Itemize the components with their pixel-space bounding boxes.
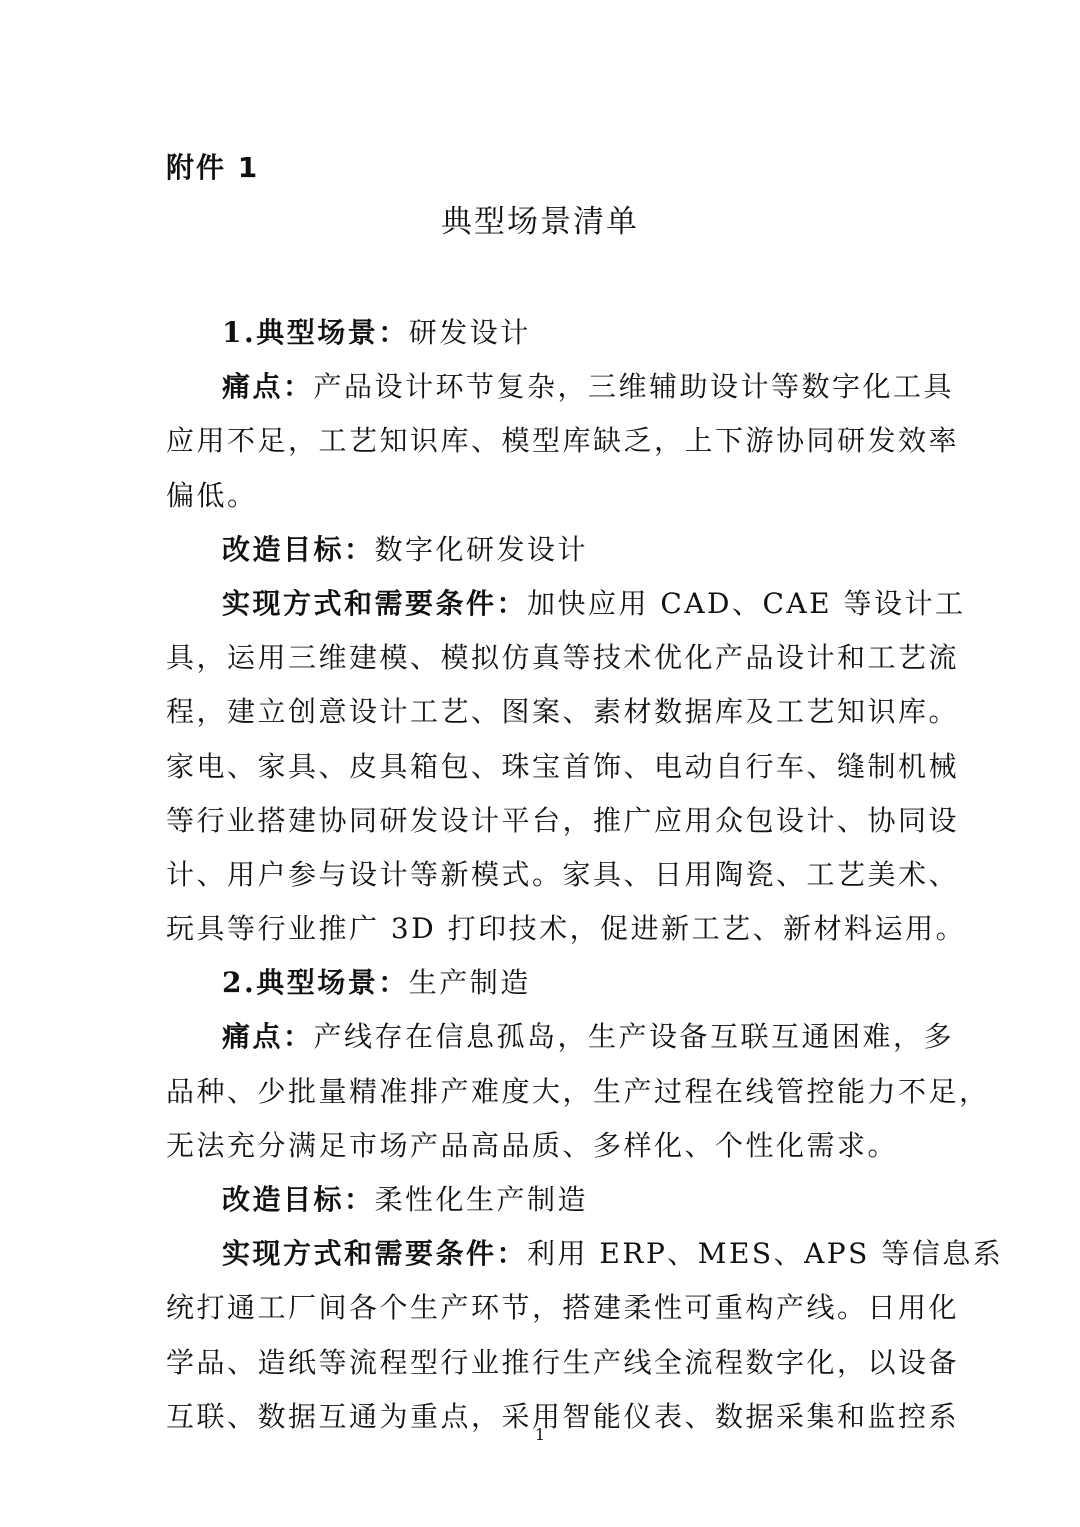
- line-text: 统打通工厂间各个生产环节，搭建柔性可重构产线。日用化: [166, 1291, 959, 1324]
- document-body: 1.典型场景：研发设计痛点：产品设计环节复杂，三维辅助设计等数字化工具应用不足，…: [166, 306, 918, 1444]
- attachment-label: 附件 1: [166, 146, 259, 186]
- paragraph-line: 计、用户参与设计等新模式。家具、日用陶瓷、工艺美术、: [166, 848, 918, 902]
- paragraph-line: 具，运用三维建模、模拟仿真等技术优化产品设计和工艺流: [166, 631, 918, 685]
- paragraph-line: 1.典型场景：研发设计: [166, 306, 918, 360]
- page-number: 1: [0, 1425, 1080, 1444]
- line-text: 应用不足，工艺知识库、模型库缺乏，上下游协同研发效率: [166, 424, 959, 457]
- line-label: 1.典型场景：: [222, 316, 409, 349]
- line-text: 数字化研发设计: [375, 533, 589, 566]
- line-text: 柔性化生产制造: [375, 1183, 589, 1216]
- line-text: 玩具等行业推广 3D 打印技术，促进新工艺、新材料运用。: [166, 912, 966, 945]
- line-text: 计、用户参与设计等新模式。家具、日用陶瓷、工艺美术、: [166, 858, 959, 891]
- paragraph-line: 等行业搭建协同研发设计平台，推广应用众包设计、协同设: [166, 794, 918, 848]
- paragraph-line: 玩具等行业推广 3D 打印技术，促进新工艺、新材料运用。: [166, 902, 918, 956]
- line-text: 研发设计: [409, 316, 531, 349]
- line-text: 程，建立创意设计工艺、图案、素材数据库及工艺知识库。: [166, 695, 959, 728]
- paragraph-line: 偏低。: [166, 469, 918, 523]
- line-text: 产线存在信息孤岛，生产设备互联互通困难，多: [314, 1020, 955, 1053]
- line-label: 实现方式和需要条件：: [222, 587, 527, 620]
- line-text: 等行业搭建协同研发设计平台，推广应用众包设计、协同设: [166, 804, 959, 837]
- page-title: 典型场景清单: [0, 196, 1080, 241]
- line-label: 痛点：: [222, 1020, 314, 1053]
- paragraph-line: 品种、少批量精准排产难度大，生产过程在线管控能力不足，: [166, 1065, 918, 1119]
- line-text: 产品设计环节复杂，三维辅助设计等数字化工具: [314, 370, 955, 403]
- paragraph-line: 2.典型场景：生产制造: [166, 956, 918, 1010]
- paragraph-line: 学品、造纸等流程型行业推行生产线全流程数字化，以设备: [166, 1336, 918, 1390]
- paragraph-line: 痛点：产线存在信息孤岛，生产设备互联互通困难，多: [166, 1010, 918, 1064]
- line-label: 痛点：: [222, 370, 314, 403]
- line-text: 无法充分满足市场产品高品质、多样化、个性化需求。: [166, 1129, 898, 1162]
- line-text: 具，运用三维建模、模拟仿真等技术优化产品设计和工艺流: [166, 641, 959, 674]
- paragraph-line: 改造目标：柔性化生产制造: [166, 1173, 918, 1227]
- line-label: 改造目标：: [222, 1183, 375, 1216]
- paragraph-line: 改造目标：数字化研发设计: [166, 523, 918, 577]
- paragraph-line: 实现方式和需要条件：加快应用 CAD、CAE 等设计工: [166, 577, 918, 631]
- paragraph-line: 痛点：产品设计环节复杂，三维辅助设计等数字化工具: [166, 360, 918, 414]
- line-label: 2.典型场景：: [222, 966, 409, 999]
- line-text: 家电、家具、皮具箱包、珠宝首饰、电动自行车、缝制机械: [166, 750, 959, 783]
- paragraph-line: 应用不足，工艺知识库、模型库缺乏，上下游协同研发效率: [166, 414, 918, 468]
- line-text: 加快应用 CAD、CAE 等设计工: [527, 587, 965, 620]
- line-text: 生产制造: [409, 966, 531, 999]
- paragraph-line: 家电、家具、皮具箱包、珠宝首饰、电动自行车、缝制机械: [166, 740, 918, 794]
- paragraph-line: 统打通工厂间各个生产环节，搭建柔性可重构产线。日用化: [166, 1281, 918, 1335]
- paragraph-line: 实现方式和需要条件：利用 ERP、MES、APS 等信息系: [166, 1227, 918, 1281]
- line-text: 利用 ERP、MES、APS 等信息系: [527, 1237, 1003, 1270]
- line-text: 学品、造纸等流程型行业推行生产线全流程数字化，以设备: [166, 1346, 959, 1379]
- paragraph-line: 无法充分满足市场产品高品质、多样化、个性化需求。: [166, 1119, 918, 1173]
- line-label: 改造目标：: [222, 533, 375, 566]
- line-text: 偏低。: [166, 479, 258, 512]
- line-label: 实现方式和需要条件：: [222, 1237, 527, 1270]
- line-text: 品种、少批量精准排产难度大，生产过程在线管控能力不足，: [166, 1075, 990, 1108]
- paragraph-line: 程，建立创意设计工艺、图案、素材数据库及工艺知识库。: [166, 685, 918, 739]
